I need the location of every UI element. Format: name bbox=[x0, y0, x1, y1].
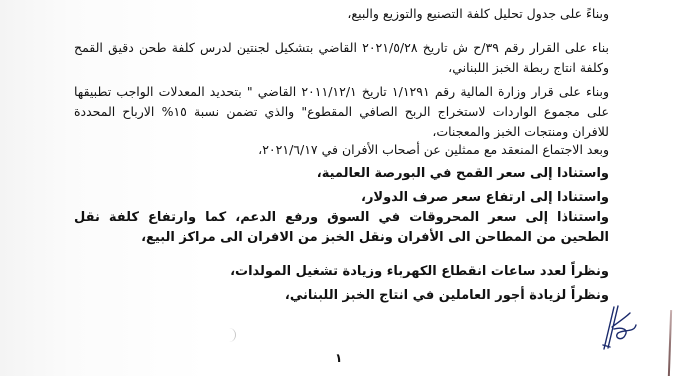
paragraph-manufacturing-cost-table: وبناءً على جدول تحليل كلفة التصنيع والتو… bbox=[189, 4, 609, 24]
document-page: وبناءً على جدول تحليل كلفة التصنيع والتو… bbox=[0, 0, 694, 376]
paragraph-finance-ministry-decision: وبناء على قرار وزارة المالية رقم ١/١٢٩١ … bbox=[74, 82, 609, 142]
paragraph-bakery-owners-meeting: وبعد الاجتماع المنعقد مع ممثلين عن أصحاب… bbox=[74, 140, 609, 160]
paragraph-dollar-exchange: واستنادا إلى ارتفاع سعر صرف الدولار، bbox=[74, 188, 609, 208]
paragraph-power-outages: ونظراً لعدد ساعات انقطاع الكهرباء وزيادة… bbox=[74, 262, 609, 282]
page-number: ١ bbox=[335, 351, 342, 365]
paragraph-worker-wages: ونظراً لزيادة أجور العاملين في انتاج الخ… bbox=[74, 286, 609, 306]
paragraph-wheat-price: واستنادا إلى سعر القمح في البورصة العالم… bbox=[74, 164, 609, 184]
paragraph-fuel-prices: واستناذا إلى سعر المحروقات في السوق ورفع… bbox=[74, 208, 609, 248]
scan-artifact bbox=[229, 328, 236, 342]
paragraph-decision-39: بناء على القرار رقم ٣٩/ح ش تاريخ ٢٠٢١/٥/… bbox=[74, 38, 609, 78]
signature-icon bbox=[600, 303, 640, 353]
page-edge-line bbox=[668, 310, 672, 376]
